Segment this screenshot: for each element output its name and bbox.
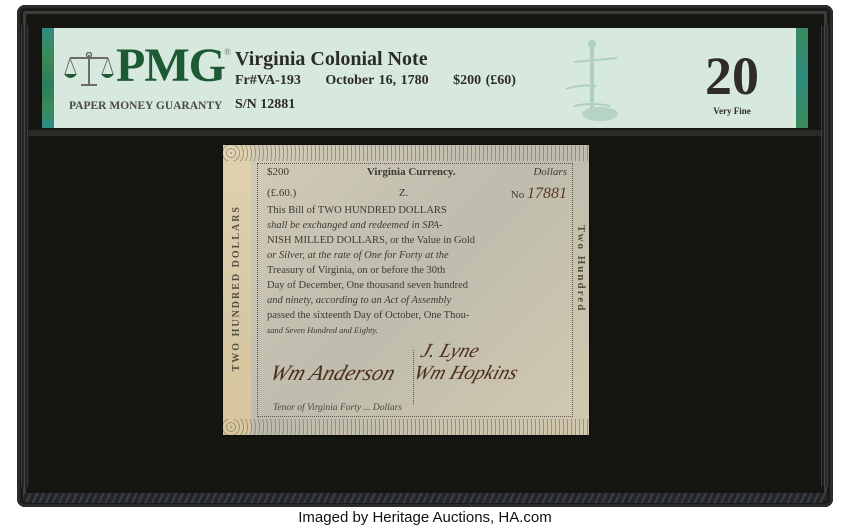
header-left: $200 xyxy=(267,165,289,180)
body-line: sand Seven Hundred and Eighty. xyxy=(267,323,567,338)
note-header: $200 Virginia Currency. Dollars xyxy=(267,165,567,180)
signature-right: J. Lyne Wm Hopkins xyxy=(411,340,528,384)
left-border-text: TWO HUNDRED DOLLARS xyxy=(231,205,242,371)
label-color-band-right xyxy=(796,28,808,128)
ornament-border-bottom xyxy=(223,419,589,435)
image-credit: Imaged by Heritage Auctions, HA.com xyxy=(0,509,850,526)
serial-number: S/N 12881 xyxy=(235,97,295,113)
body-line: passed the sixteenth Day of October, One… xyxy=(267,308,567,323)
number-group: No 17881 xyxy=(511,186,567,203)
pound-value: (£.60.) xyxy=(267,186,296,203)
body-line: Treasury of Virginia, on or before the 3… xyxy=(267,263,567,278)
body-line: or Silver, at the rate of One for Forty … xyxy=(267,248,567,263)
issue-date: October 16, 1780 xyxy=(325,73,428,88)
body-line: shall be exchanged and redeemed in SPA- xyxy=(267,218,567,233)
catalog-number: Fr#VA-193 xyxy=(235,73,301,88)
holder-ridge-left xyxy=(21,25,29,487)
header-center: Virginia Currency. xyxy=(367,165,456,180)
note-bottom-text: Tenor of Virginia Forty ... Dollars xyxy=(273,403,402,413)
pmg-logo: PMG xyxy=(116,40,225,92)
scales-icon xyxy=(64,52,114,88)
banknote: TWO HUNDRED DOLLARS Two Hundred $200 Vir… xyxy=(223,145,589,435)
note-title: Virginia Colonial Note xyxy=(235,48,428,71)
signature-right-top: J. Lyne xyxy=(418,340,528,362)
grade-description: Very Fine xyxy=(692,106,772,116)
handwritten-number: 17881 xyxy=(527,186,567,202)
signature-right-bottom: Wm Hopkins xyxy=(411,362,521,384)
brand-subtitle: PAPER MONEY GUARANTY xyxy=(69,100,222,112)
note-details: Fr#VA-193 October 16, 1780 $200 (£60) xyxy=(235,73,536,89)
note-number-row: (£.60.) Z. No 17881 xyxy=(267,186,567,203)
header-right: Dollars xyxy=(533,165,567,180)
label-color-band-left xyxy=(42,28,54,128)
right-border-text: Two Hundred xyxy=(575,225,587,312)
ornament-border-top xyxy=(223,145,589,161)
note-text: $200 Virginia Currency. Dollars (£.60.) … xyxy=(267,165,567,338)
justice-statue-watermark-icon xyxy=(562,34,642,124)
holder-ridge-right xyxy=(821,25,829,487)
plate-letter: Z. xyxy=(399,186,408,203)
grade-number: 20 xyxy=(692,48,772,104)
body-line: NISH MILLED DOLLARS, or the Value in Gol… xyxy=(267,233,567,248)
body-line: and ninety, according to an Act of Assem… xyxy=(267,293,567,308)
registered-mark: ® xyxy=(224,47,231,57)
number-prefix: No xyxy=(511,189,524,201)
grading-label: PMG ® PAPER MONEY GUARANTY Virginia Colo… xyxy=(42,28,808,128)
body-line: This Bill of TWO HUNDRED DOLLARS xyxy=(267,203,567,218)
denomination: $200 (£60) xyxy=(453,73,516,88)
signature-left: Wm Anderson xyxy=(267,360,399,386)
body-line: Day of December, One thousand seven hund… xyxy=(267,278,567,293)
